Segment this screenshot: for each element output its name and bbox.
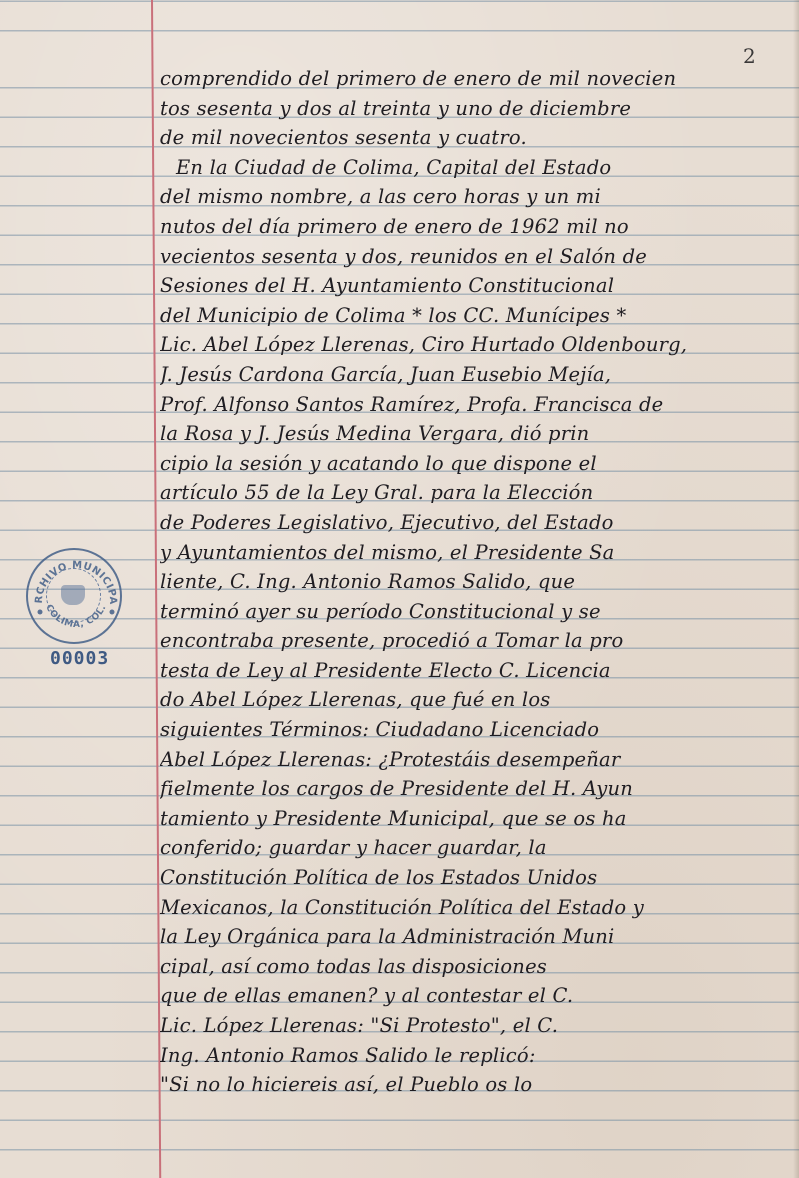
archive-number: 00003 — [50, 648, 109, 669]
text-line: Lic. Abel López Llerenas, Ciro Hurtado O… — [160, 330, 794, 360]
text-line: Constitución Política de los Estados Uni… — [160, 863, 794, 893]
text-line: "Si no lo hiciereis así, el Pueblo os lo — [160, 1070, 794, 1100]
text-line: la Ley Orgánica para la Administración M… — [160, 922, 794, 952]
text-line: que de ellas emanen? y al contestar el C… — [160, 981, 794, 1011]
text-line: artículo 55 de la Ley Gral. para la Elec… — [160, 478, 794, 508]
coat-of-arms-icon — [61, 585, 85, 605]
text-line: En la Ciudad de Colima, Capital del Esta… — [160, 153, 794, 183]
text-line: comprendido del primero de enero de mil … — [160, 64, 794, 94]
text-line: cipal, así como todas las disposiciones — [160, 952, 794, 982]
text-line: del mismo nombre, a las cero horas y un … — [160, 182, 794, 212]
text-line: del Municipio de Colima * los CC. Muníci… — [160, 301, 794, 331]
text-line: liente, C. Ing. Antonio Ramos Salido, qu… — [160, 567, 794, 597]
text-line: Abel López Llerenas: ¿Protestáis desempe… — [160, 745, 794, 775]
text-line: encontraba presente, procedió a Tomar la… — [160, 626, 794, 656]
text-line: terminó ayer su período Constitucional y… — [160, 597, 794, 627]
text-line: siguientes Términos: Ciudadano Licenciad… — [160, 715, 794, 745]
text-line: de Poderes Legislativo, Ejecutivo, del E… — [160, 508, 794, 538]
ledger-page: 2 ARCHIVO MUNICIPAL COLIMA, COL. 00003 c… — [0, 0, 799, 1178]
archive-stamp: ARCHIVO MUNICIPAL COLIMA, COL. — [26, 548, 122, 644]
text-line: do Abel López Llerenas, que fué en los — [160, 685, 794, 715]
text-line: fielmente los cargos de Presidente del H… — [160, 774, 794, 804]
text-line: vecientos sesenta y dos, reunidos en el … — [160, 242, 794, 272]
stamp-star-right-icon — [110, 610, 115, 615]
text-line: Prof. Alfonso Santos Ramírez, Profa. Fra… — [160, 390, 794, 420]
text-line: J. Jesús Cardona García, Juan Eusebio Me… — [160, 360, 794, 390]
text-line: Mexicanos, la Constitución Política del … — [160, 893, 794, 923]
stamp-inner-ring — [46, 568, 101, 623]
text-line: cipio la sesión y acatando lo que dispon… — [160, 449, 794, 479]
text-line: conferido; guardar y hacer guardar, la — [160, 833, 794, 863]
text-line: testa de Ley al Presidente Electo C. Lic… — [160, 656, 794, 686]
text-line: Ing. Antonio Ramos Salido le replicó: — [160, 1041, 794, 1071]
handwritten-text: comprendido del primero de enero de mil … — [160, 64, 794, 1100]
text-line: Sesiones del H. Ayuntamiento Constitucio… — [160, 271, 794, 301]
text-line: de mil novecientos sesenta y cuatro. — [160, 123, 794, 153]
text-line: y Ayuntamientos del mismo, el Presidente… — [160, 538, 794, 568]
text-line: la Rosa y J. Jesús Medina Vergara, dió p… — [160, 419, 794, 449]
stamp-star-left-icon — [38, 610, 43, 615]
text-line: nutos del día primero de enero de 1962 m… — [160, 212, 794, 242]
text-line: tos sesenta y dos al treinta y uno de di… — [160, 94, 794, 124]
text-line: Lic. López Llerenas: "Si Protesto", el C… — [160, 1011, 794, 1041]
text-line: tamiento y Presidente Municipal, que se … — [160, 804, 794, 834]
